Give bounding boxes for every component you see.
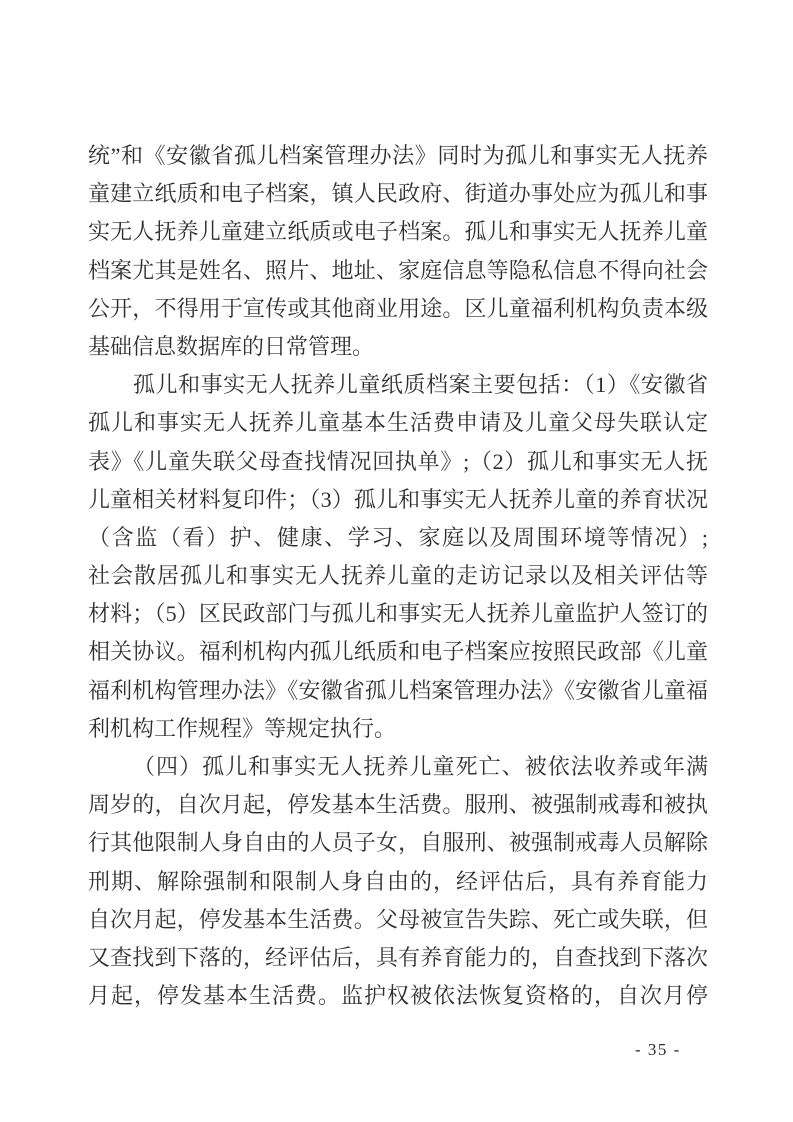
text-line: 表》《儿童失联父母查找情况回执单》;（2）孤儿和事实无人抚养 xyxy=(88,443,708,481)
text-line: 周岁的，自次月起，停发基本生活费。服刑、被强制戒毒和被执 xyxy=(88,786,708,824)
text-line: 行其他限制人身自由的人员子女，自服刑、被强制戒毒人员解除 xyxy=(88,824,708,862)
text-line: 孤儿和事实无人抚养儿童基本生活费申请及儿童父母失联认定 xyxy=(88,404,708,442)
text-line: 实无人抚养儿童建立纸质或电子档案。孤儿和事实无人抚养儿童 xyxy=(88,213,708,251)
text-line: 童建立纸质和电子档案，镇人民政府、街道办事处应为孤儿和事 xyxy=(88,175,708,213)
text-line: 月起，停发基本生活费。监护权被依法恢复资格的，自次月停发。 xyxy=(88,977,708,1015)
text-line: 儿童相关材料复印件；（3）孤儿和事实无人抚养儿童的养育状况 xyxy=(88,481,708,519)
text-line: 社会散居孤儿和事实无人抚养儿童的走访记录以及相关评估等 xyxy=(88,557,708,595)
text-line: 孤儿和事实无人抚养儿童纸质档案主要包括：（1）《安徽省 xyxy=(88,366,708,404)
document-page: 统”和《安徽省孤儿档案管理办法》同时为孤儿和事实无人抚养儿 童建立纸质和电子档案… xyxy=(0,0,793,1122)
text-line: 福利机构管理办法》《安徽省孤儿档案管理办法》《安徽省儿童福 xyxy=(88,672,708,710)
text-line: 材料；（5）区民政部门与孤儿和事实无人抚养儿童监护人签订的 xyxy=(88,595,708,633)
page-number: - 35 - xyxy=(635,1040,697,1060)
text-line: 档案尤其是姓名、照片、地址、家庭信息等隐私信息不得向社会 xyxy=(88,252,708,290)
text-line: 刑期、解除强制和限制人身自由的，经评估后，具有养育能力的， xyxy=(88,863,708,901)
text-line: 又查找到下落的，经评估后，具有养育能力的，自查找到下落次 xyxy=(88,939,708,977)
text-line: 相关协议。福利机构内孤儿纸质和电子档案应按照民政部《儿童 xyxy=(88,633,708,671)
text-line: 自次月起，停发基本生活费。父母被宣告失踪、死亡或失联，但 xyxy=(88,901,708,939)
text-line: 统”和《安徽省孤儿档案管理办法》同时为孤儿和事实无人抚养儿 xyxy=(88,137,708,175)
document-text-block: 统”和《安徽省孤儿档案管理办法》同时为孤儿和事实无人抚养儿 童建立纸质和电子档案… xyxy=(88,137,708,1015)
text-line: （含监（看）护、健康、学习、家庭以及周围环境等情况）;（4） xyxy=(88,519,708,557)
text-line: 利机构工作规程》等规定执行。 xyxy=(88,710,708,748)
text-line: 公开，不得用于宣传或其他商业用途。区儿童福利机构负责本级 xyxy=(88,290,708,328)
text-line: （四）孤儿和事实无人抚养儿童死亡、被依法收养或年满 18 xyxy=(88,748,708,786)
text-line: 基础信息数据库的日常管理。 xyxy=(88,328,708,366)
